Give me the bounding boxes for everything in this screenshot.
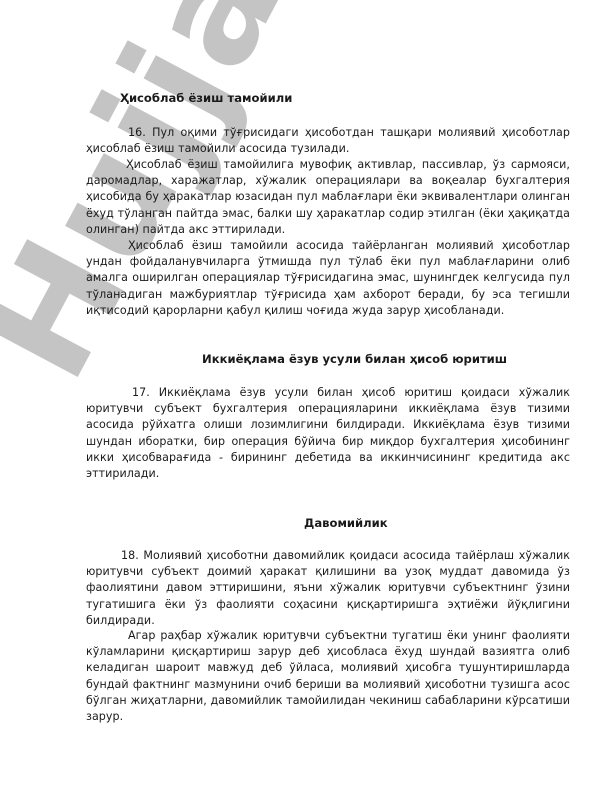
paragraph-accrual-benefits: Ҳисоблаб ёзиш тамойили асосида тайёрланг… [86,238,570,319]
paragraph-going-concern-exception: Агар раҳбар хўжалик юритувчи субъектни т… [86,628,570,725]
paragraph-18: 18. Молиявий ҳисоботни давомийлик қоидас… [86,548,570,629]
heading-going-concern: Давомийлик [304,516,388,530]
paragraph-accrual-basis: Ҳисоблаб ёзиш тамойилига мувофиқ активла… [86,157,570,238]
paragraph-17: 17. Иккиёқлама ёзув усули билан ҳисоб юр… [86,385,570,482]
heading-double-entry: Иккиёқлама ёзув усули билан ҳисоб юритиш [202,352,507,366]
paragraph-16: 16. Пул оқими тўғрисидаги ҳисоботдан таш… [86,125,570,157]
heading-accrual-principle: Ҳисоблаб ёзиш тамойили [120,91,292,105]
